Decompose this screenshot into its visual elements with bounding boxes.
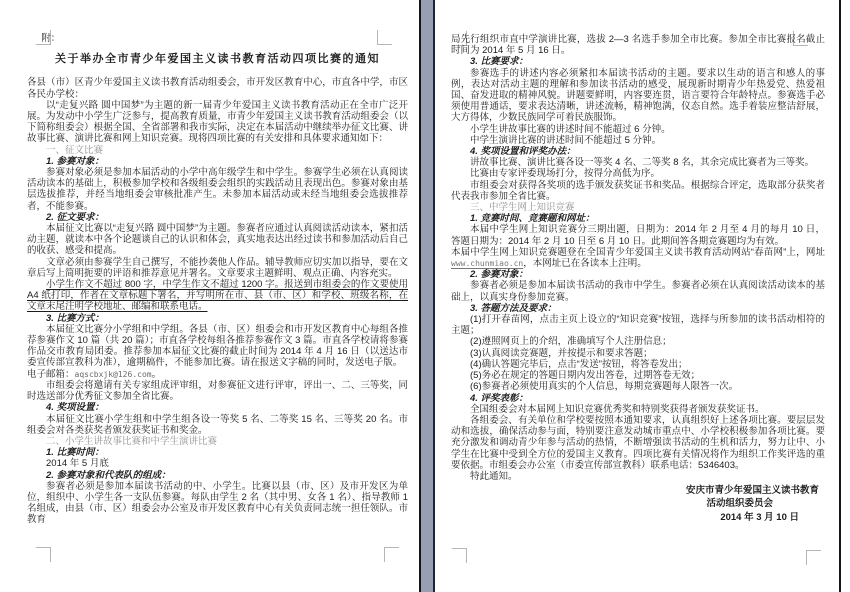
paragraph: (3)认真阅读竞赛题，并按提示和要求答题；	[451, 348, 825, 359]
paragraph: 参赛者必须是参加本届读书活动的我市中学生。参赛者必须在认真阅读活动读本的基础上，…	[451, 280, 825, 302]
subsection-heading: 3. 答题方法及要求：	[451, 303, 825, 314]
paragraph: 本届中学生网上知识竞赛分三期出题，日期为：2014 年 2 月至 4 月的每月 …	[451, 224, 825, 246]
salutation: 各县（市）区青少年爱国主义读书教育活动组委会，市开发区教育中心，市直各中学，市区…	[27, 77, 408, 99]
paragraph: 本届征文比赛以“走复兴路 圆中国梦”为主题。参赛者应通过认真阅读活动读本，紧扣活…	[27, 223, 408, 257]
paragraph: 小学生讲故事比赛的讲述时间不能超过 6 分钟。	[451, 124, 825, 135]
page-2: 局先行组织市直中学演讲比赛，选拔 2—3 名选手参加全市比赛。参加全市比赛报名截…	[435, 0, 841, 592]
email-line: 电子邮箱：aqscbxjk@126.com。	[27, 369, 408, 380]
signature-date: 2014 年 3 月 10 日	[451, 512, 825, 523]
email-address: aqscbxjk@126.com	[75, 370, 152, 379]
section-heading: 二、小学生讲故事比赛和中学生演讲比赛	[27, 436, 408, 447]
paragraph: 市组委会将邀请有关专家组成评审组，对参赛征文进行评审，评出一、二、三等奖，同时选…	[27, 380, 408, 402]
subsection-heading: 3. 比赛要求：	[451, 56, 825, 67]
paragraph: 2014 年 5 月底	[27, 458, 408, 469]
subsection-heading: 2. 参赛对象和代表队的组成：	[27, 470, 408, 481]
subsection-heading: 4. 奖项设置和评奖办法：	[451, 146, 825, 157]
underlined-requirement: 小学生作文不超过 800 字，中学生作文不超过 1200 字。报送到市组委会的作…	[27, 279, 408, 313]
subsection-heading: 4. 评奖表彰：	[451, 393, 825, 404]
paragraph: 比赛由专家评委现场打分，按得分高低为序。	[451, 168, 825, 179]
closing-line: 特此通知。	[451, 471, 825, 482]
page-1-content: 附：关于举办全市青少年爱国主义读书教育活动四项比赛的通知各县（市）区青少年爱国主…	[0, 0, 419, 526]
text-run: 。	[152, 369, 162, 380]
page-separator	[421, 0, 435, 592]
subsection-heading: 2. 参赛对象：	[451, 269, 825, 280]
paragraph: (5)务必在规定的答题日期内发出答卷，过期答卷无效；	[451, 370, 825, 381]
document-viewer[interactable]: 附：关于举办全市青少年爱国主义读书教育活动四项比赛的通知各县（市）区青少年爱国主…	[0, 0, 850, 592]
section-heading: 一、征文比赛	[27, 145, 408, 156]
text-run: 本届中学生网上知识竞赛题登在全国青少年爱国主义读书教育活动网站“春苗网”上，网址	[451, 247, 825, 258]
attachment-label: 附：	[27, 33, 408, 44]
paragraph: (6)参赛者必须使用真实的个人信息，每期竞赛题每人限答一次。	[451, 381, 825, 392]
website-url: www.chunmiao.cn	[451, 259, 523, 268]
section-heading: 三、中学生网上知识竞赛	[451, 202, 825, 213]
document-title: 关于举办全市青少年爱国主义读书教育活动四项比赛的通知	[27, 54, 408, 65]
paragraph: 以“走复兴路 圆中国梦”为主题的新一届青少年爱国主义读书教育活动正在全市广泛开展…	[27, 100, 408, 145]
subsection-heading: 1. 竞赛时间、竞赛题和网址：	[451, 213, 825, 224]
crop-mark	[36, 547, 51, 562]
paragraph: 文章必须由参赛学生自己撰写，不能抄袭他人作品。辅导教师应切实加以指导，要在文章后…	[27, 257, 408, 279]
paragraph: 参赛者必须是参加本届读书活动的中、小学生。比赛以县（市、区）及市开发区为单位，组…	[27, 481, 408, 526]
signature-org-line2: 活动组织委员会	[451, 498, 825, 509]
website-line: 本届中学生网上知识竞赛题登在全国青少年爱国主义读书教育活动网站“春苗网”上，网址…	[451, 247, 825, 269]
subsection-heading: 4. 奖项设置：	[27, 402, 408, 413]
paragraph: 参赛对象必须是参加本届活动的小学中高年级学生和中学生。参赛学生必须在认真阅读活动…	[27, 167, 408, 212]
paragraph: 各组委会、有关单位和学校要按照本通知要求，认真组织好上述各项比赛。要层层发动和选…	[451, 415, 825, 471]
paragraph: 全国组委会对本届网上知识竞赛优秀奖和特别奖获得者颁发获奖证书。	[451, 404, 825, 415]
crop-mark	[806, 550, 821, 565]
crop-mark	[384, 547, 399, 562]
viewer-margin	[841, 0, 850, 592]
paragraph: (1)打开春苗网，点击主页上设立的“知识竞赛”按钮，选择与所参加的读书活动相符的…	[451, 314, 825, 336]
subsection-heading: 2. 征文要求：	[27, 212, 408, 223]
crop-mark	[452, 548, 467, 563]
paragraph: 本届征文比赛小学生组和中学生组各设一等奖 5 名、二等奖 15 名、三等奖 20…	[27, 414, 408, 436]
paragraph: 讲故事比赛、演讲比赛各设一等奖 4 名、二等奖 8 名，其余完成比赛者为三等奖。	[451, 157, 825, 168]
paragraph: 市组委会对获得各奖项的选手颁发获奖证书和奖品。根据综合评定，选取部分获奖者代表我…	[451, 180, 825, 202]
subsection-heading: 1. 参赛对象：	[27, 156, 408, 167]
page-2-content: 局先行组织市直中学演讲比赛，选拔 2—3 名选手参加全市比赛。参加全市比赛报名截…	[435, 0, 839, 523]
paragraph: 本届征文比赛分小学组和中学组。各县（市、区）组委会和市开发区教育中心每组各推荐参…	[27, 324, 408, 369]
subsection-heading: 1. 比赛时间：	[27, 447, 408, 458]
page-1: 附：关于举办全市青少年爱国主义读书教育活动四项比赛的通知各县（市）区青少年爱国主…	[0, 0, 421, 592]
text-run: ，本网址已在各读本上注明。	[523, 258, 647, 269]
email-label: 电子邮箱：	[27, 369, 75, 380]
subsection-heading: 3. 比赛方式：	[27, 313, 408, 324]
paragraph: (4)确认答题完毕后，点击“发送”按钮，将答卷发出；	[451, 359, 825, 370]
signature-org-line1: 安庆市青少年爱国主义读书教育	[451, 485, 825, 496]
paragraph: 参赛选手的讲述内容必须紧扣本届读书活动的主题。要求以生动的语言和感人的事例，表达…	[451, 68, 825, 124]
paragraph: (2)遵照网页上的介绍，准确填写个人注册信息；	[451, 336, 825, 347]
paragraph: 中学生演讲比赛的讲述时间不能超过 5 分钟。	[451, 135, 825, 146]
paragraph: 局先行组织市直中学演讲比赛，选拔 2—3 名选手参加全市比赛。参加全市比赛报名截…	[451, 34, 825, 56]
